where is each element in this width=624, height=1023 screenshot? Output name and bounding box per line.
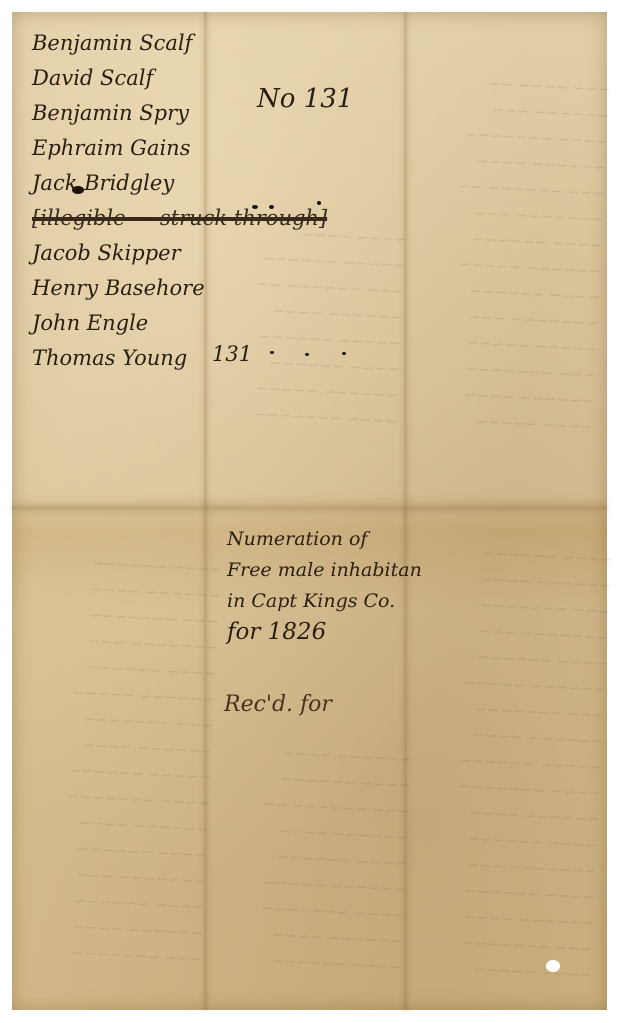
- name-entry: Henry Basehore: [32, 271, 327, 306]
- bleed-through-text: ~~~~ ~~~~~~~~~~~~ ~~~~~~~ ~~~~~~~~~~~~~~…: [421, 538, 614, 988]
- horizontal-fold: [12, 506, 607, 510]
- endorsement: Numeration of Free male inhabitan in Cap…: [227, 524, 422, 648]
- struck-name-entry: [illegible — struck through]: [32, 201, 327, 236]
- received-note: Rec'd. for: [224, 692, 332, 717]
- name-entry: Ephraim Gains: [32, 131, 327, 166]
- name-entry: Jack Bridgley: [32, 166, 327, 201]
- names-list: Benjamin Scalf David Scalf Benjamin Spry…: [32, 26, 327, 376]
- total-count: 131: [212, 342, 252, 366]
- name-entry: John Engle: [32, 306, 327, 341]
- bleed-through-text: ~~~~~~ ~~~~~~~~ ~~~~~~~~~ ~~~~~~ ~~~~~~~…: [231, 738, 413, 981]
- endorsement-year: for 1826: [227, 617, 422, 648]
- endorsement-line: Free male inhabitan: [227, 555, 422, 586]
- bleed-through-text: ~~~~ ~~~~~~~~~~~~ ~~~~~~~ ~~~~~~~~~~~~~~…: [31, 548, 223, 972]
- endorsement-line: in Capt Kings Co.: [227, 586, 422, 617]
- name-entry: Jacob Skipper: [32, 236, 327, 271]
- document-number: No 131: [257, 84, 353, 114]
- name-entry: Benjamin Scalf: [32, 26, 327, 61]
- bleed-through-text: ~~~ ~~~~ ~~~~~~~~ ~~~~~~~ ~~~~~~~~~~~~~ …: [423, 68, 612, 440]
- ink-blot: [342, 352, 346, 355]
- paper-hole: [546, 960, 560, 972]
- endorsement-line: Numeration of: [227, 524, 422, 555]
- name-entry: Thomas Young: [32, 341, 327, 376]
- manuscript-page: ~~~ ~~~~ ~~~~~~~~ ~~~~~~~ ~~~~~~~~~~~~~ …: [12, 12, 607, 1010]
